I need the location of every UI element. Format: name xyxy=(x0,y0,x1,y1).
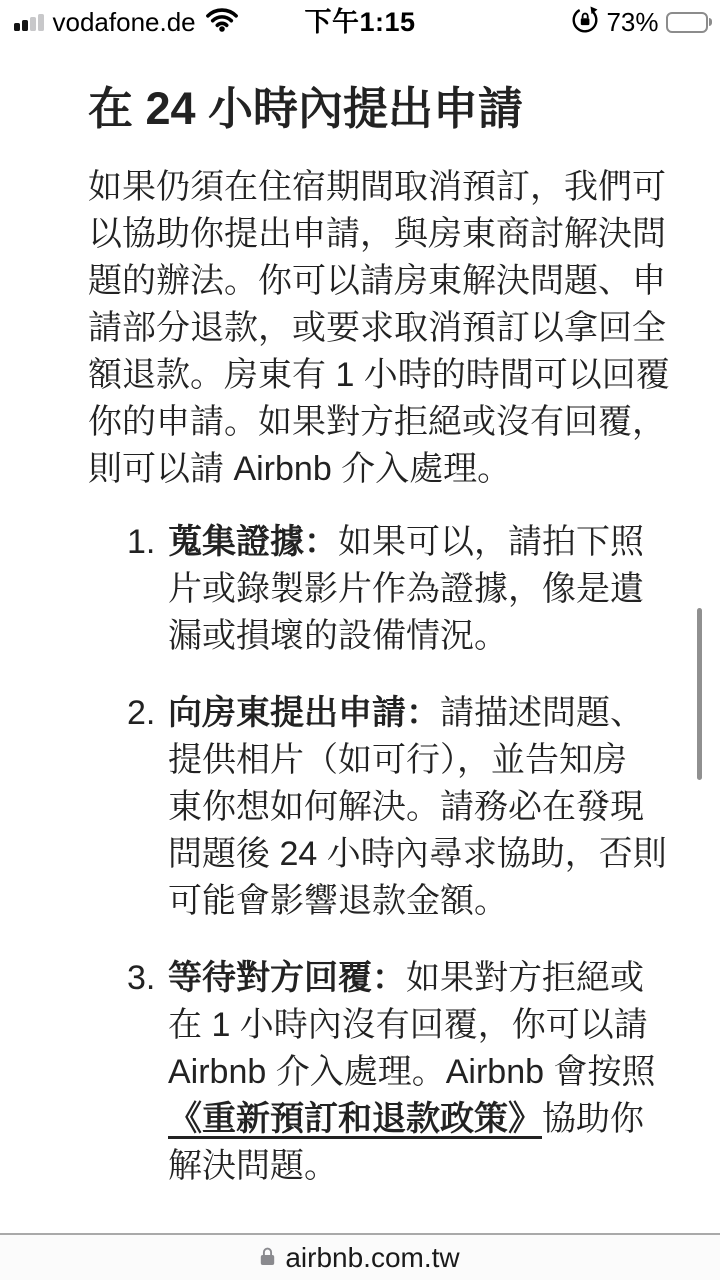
steps-list: 1.蒐集證據：如果可以，請拍下照 片或錄製影片作為證據，像是遺 漏或損壞的設備情… xyxy=(0,519,720,1190)
step-label: 向房東提出申請： xyxy=(168,694,440,732)
lock-icon xyxy=(260,1247,275,1269)
url-label: airbnb.com.tw xyxy=(285,1242,459,1274)
list-item-collect-evidence: 1.蒐集證據：如果可以，請拍下照 片或錄製影片作為證據，像是遺 漏或損壞的設備情… xyxy=(0,519,720,660)
step-text: 問題後 24 小時內尋求協助，否則 xyxy=(0,831,720,878)
page-title: 在 24 小時內提出申請 xyxy=(88,82,720,136)
step-text: 請描述問題、 xyxy=(440,694,644,732)
step-text: 在 1 小時內沒有回覆，你可以請 xyxy=(0,1002,720,1049)
list-item-wait-response: 3.等待對方回覆：如果對方拒絕或 在 1 小時內沒有回覆，你可以請 Airbnb… xyxy=(0,955,720,1190)
step-label: 等待對方回覆： xyxy=(168,959,406,997)
rotation-lock-icon xyxy=(571,6,599,39)
battery-icon xyxy=(666,12,713,33)
intro-line: 額退款。房東有 1 小時的時間可以回覆 xyxy=(88,352,720,399)
intro-line: 你的申請。如果對方拒絕或沒有回覆， xyxy=(88,399,720,446)
step-text: Airbnb 介入處理。Airbnb 會按照 xyxy=(0,1049,720,1096)
step-text: 提供相片（如可行），並告知房 xyxy=(0,737,720,784)
intro-line: 請部分退款，或要求取消預訂以拿回全 xyxy=(88,305,720,352)
intro-line: 以協助你提出申請，與房東商討解決問 xyxy=(88,211,720,258)
step-label: 蒐集證據： xyxy=(168,523,338,561)
list-marker: 2. xyxy=(88,690,168,737)
step-text: 如果可以，請拍下照 xyxy=(338,523,644,561)
intro-line: 如果仍須在住宿期間取消預訂，我們可 xyxy=(88,164,720,211)
rebooking-refund-policy-link[interactable]: 《重新預訂和退款政策》 xyxy=(168,1100,542,1138)
article-content: 在 24 小時內提出申請 如果仍須在住宿期間取消預訂，我們可 以協助你提出申請，… xyxy=(0,44,720,1220)
step-text: 東你想如何解決。請務必在發現 xyxy=(0,784,720,831)
list-marker: 3. xyxy=(88,955,168,1002)
step-text: 漏或損壞的設備情況。 xyxy=(0,613,720,660)
step-text: 解決問題。 xyxy=(0,1143,720,1190)
battery-percent-label: 73% xyxy=(606,7,658,38)
status-bar: vodafone.de 下午1:15 73% xyxy=(0,0,720,44)
step-text: 如果對方拒絕或 xyxy=(406,959,644,997)
step-text: 協助你 xyxy=(542,1100,644,1138)
list-marker: 1. xyxy=(88,519,168,566)
intro-line: 題的辦法。你可以請房東解決問題、申 xyxy=(88,258,720,305)
list-item-submit-request: 2.向房東提出申請：請描述問題、 提供相片（如可行），並告知房 東你想如何解決。… xyxy=(0,690,720,925)
address-bar[interactable]: airbnb.com.tw xyxy=(260,1242,459,1274)
intro-line: 則可以請 Airbnb 介入處理。 xyxy=(88,446,720,493)
intro-paragraph: 如果仍須在住宿期間取消預訂，我們可 以協助你提出申請，與房東商討解決問 題的辦法… xyxy=(88,164,720,493)
step-text: 可能會影響退款金額。 xyxy=(0,878,720,925)
browser-bottom-bar: airbnb.com.tw xyxy=(0,1233,720,1280)
scrollbar-thumb[interactable] xyxy=(697,608,702,780)
step-text: 片或錄製影片作為證據，像是遺 xyxy=(0,566,720,613)
